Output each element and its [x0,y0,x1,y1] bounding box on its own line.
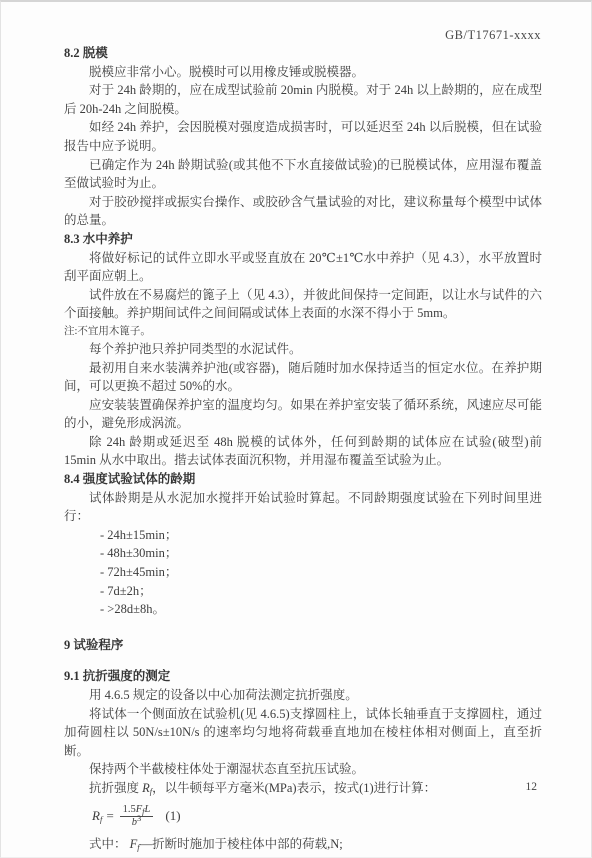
paragraph: 对于 24h 龄期的，应在成型试验前 20min 内脱模。对于 24h 以上龄期… [64,81,542,118]
paragraph: 试体龄期是从水泥加水搅拌开始试验时算起。不同龄期强度试验在下列时间里进行： [64,489,542,526]
formula-fraction: 1.5FfLb3 [120,804,154,829]
text-run: R [142,781,150,795]
text-run: ，以牛顿每平方毫米(MPa)表示，按式(1)进行计算： [152,781,436,795]
list-item: - 72h±45min； [100,563,542,582]
section-heading: 9.1 抗折强度的测定 [64,667,542,686]
paragraph: 将试体一个侧面放在试验机(见 4.6.5)支撑圆柱上，试体长轴垂直于支撑圆柱，通… [64,705,542,761]
list-item: - >28d±8h。 [100,600,542,619]
note: 注:不宜用木篦子。 [64,323,542,340]
section-heading: 8.4 强度试验试体的龄期 [64,470,542,489]
paragraph: 用 4.6.5 规定的设备以中心加荷法测定抗折强度。 [64,686,542,705]
formula-lhs: Rf = [92,807,118,826]
text-run: = [102,808,117,823]
text-run: 式中： [89,837,130,851]
text-run: R [92,808,100,823]
section-heading: 8.3 水中养护 [64,230,542,249]
paragraph: 将做好标记的试件立即水平或竖直放在 20℃±1℃水中养护（见 4.3），水平放置… [64,249,542,286]
text-run: —折断时施加于棱柱体中部的荷载,N; [140,837,343,851]
paragraph: 每个养护池只养护同类型的水泥试件。 [64,340,542,359]
page-number: 12 [526,781,538,793]
paragraph: 已确定作为 24h 龄期试验(或其他不下水直接做试验)的已脱模试体，应用湿布覆盖… [64,156,542,193]
paragraph: 对于胶砂搅拌或振实台操作、或胶砂含气量试验的对比，建议称量每个模型中试体的总量。 [64,193,542,230]
paragraph: 抗折强度 Rf，以牛顿每平方毫米(MPa)表示，按式(1)进行计算： [64,779,542,798]
list-item: - 48h±30min； [100,544,542,563]
paragraph: 试件放在不易腐烂的篦子上（见 4.3），并彼此间保持一定间距，以让水与试件的六个… [64,286,542,323]
formula: Rf = 1.5FfLb3(1) [92,804,542,829]
document-body: 8.2 脱模脱模应非常小心。脱模时可以用橡皮锤或脱模器。对于 24h 龄期的，应… [64,44,542,853]
paragraph: 保持两个半截棱柱体处于潮湿状态直至抗压试验。 [64,760,542,779]
list-item: - 7d±2h； [100,582,542,601]
list-item: - 24h±15min； [100,526,542,545]
formula-number: (1) [165,807,180,826]
paragraph: 除 24h 龄期或延迟至 48h 脱模的试体外，任何到龄期的试体应在试验(破型)… [64,433,542,470]
chapter-heading: 9 试验程序 [64,636,542,655]
text-run: 抗折强度 [89,781,142,795]
paragraph: 最初用自来水装满养护池(或容器)，随后随时加水保持适当的恒定水位。在养护期间，可… [64,359,542,396]
fraction-denominator: b3 [120,816,154,829]
paragraph: 式中： Ff—折断时施加于棱柱体中部的荷载,N; [64,835,542,854]
paragraph: 应安装装置确保养护室的温度均匀。如果在养护室安装了循环系统，风速应尽可能的小，避… [64,396,542,433]
document-page: GB/T17671-xxxx 8.2 脱模脱模应非常小心。脱模时可以用橡皮锤或脱… [0,0,592,858]
text-run: 1.5 [123,804,136,815]
section-heading: 8.2 脱模 [64,44,542,63]
text-run: L [145,804,151,815]
text-run: 3 [137,813,141,823]
paragraph: 脱模应非常小心。脱模时可以用橡皮锤或脱模器。 [64,63,542,82]
paragraph: 如经 24h 养护，会因脱模对强度造成损害时，可以延迟至 24h 以后脱模，但在… [64,118,542,155]
doc-code-header: GB/T17671-xxxx [445,28,541,43]
